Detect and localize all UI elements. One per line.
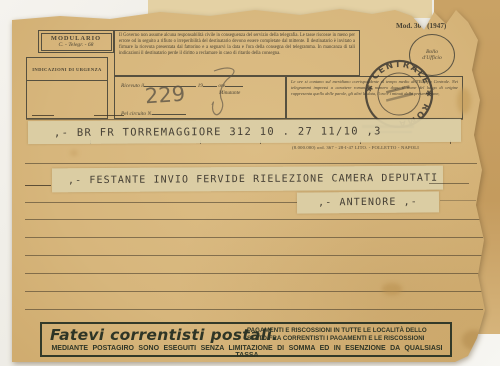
ruled-line	[25, 291, 483, 292]
telegram-form-paper: MODULARIO C. - Telegr. - 68 INDICAZIONI …	[10, 0, 500, 366]
footer-right-block: PAGAMENTI E RISCOSSIONI IN TUTTE LE LOCA…	[247, 327, 449, 343]
urgency-label: INDICAZIONI DI URGENZA	[32, 67, 102, 72]
message-top-rule	[25, 163, 477, 164]
footer-bottom-line: MEDIANTE POSTAGIRO SONO ESEGUITI SENZA L…	[46, 345, 448, 359]
footer-right-line2: STATO FRA CORRENTISTI I PAGAMENTI E LE R…	[247, 335, 449, 343]
telegram-signature-strip: ,- ANTENORE ,-	[297, 191, 439, 213]
received-label: Ricevuto il	[121, 83, 144, 89]
ruled-line	[25, 237, 483, 238]
telegram-message-text: ,- FESTANTE INVIO FERVIDE RIELEZIONE CAM…	[68, 172, 438, 186]
printer-note: (8.000.000) ord. 367 - 28-I-47 LITO. - F…	[292, 145, 419, 150]
modulario-subtitle: C. - Telegr. - 68	[42, 42, 111, 48]
modulario-box: MODULARIO C. - Telegr. - 68	[38, 30, 114, 53]
circuit-label: Pel circuito N.	[121, 111, 152, 117]
telegram-signature-text: ,- ANTENORE ,-	[318, 197, 418, 209]
footer-right-line1: PAGAMENTI E RISCOSSIONI IN TUTTE LE LOCA…	[247, 327, 449, 335]
pencil-scribble	[200, 67, 250, 123]
handwritten-serial: 229	[144, 82, 186, 109]
paper-wrapper: MODULARIO C. - Telegr. - 68 INDICAZIONI …	[0, 0, 500, 366]
model-number: Mod. 30 - (1947)	[396, 22, 446, 30]
ruled-line	[25, 273, 483, 274]
telegram-message-strip: ,- FESTANTE INVIO FERVIDE RIELEZIONE CAM…	[52, 166, 443, 193]
footer-slogan: Fatevi correntisti postali.	[50, 326, 278, 344]
form-dash	[32, 115, 54, 116]
modulario-title: MODULARIO	[42, 35, 111, 42]
form-dash	[94, 115, 124, 116]
telegram-header-text: ,- BR FR TORREMAGGIORE 312 10 . 27 11/10…	[54, 125, 382, 139]
paper-stain	[70, 150, 78, 156]
ruled-line	[25, 219, 483, 220]
telegram-scan: MODULARIO C. - Telegr. - 68 INDICAZIONI …	[0, 0, 500, 366]
telegram-header-strip: ,- BR FR TORREMAGGIORE 312 10 . 27 11/10…	[28, 119, 461, 144]
paper-stain	[462, 330, 486, 350]
circuit-row: Pel circuito N.	[121, 109, 186, 117]
footer-promo-box: Fatevi correntisti postali. PAGAMENTI E …	[40, 322, 452, 357]
received-box: Ricevuto il 19 ore Minutante Pel circuit…	[114, 76, 286, 119]
rule-segment	[429, 183, 469, 184]
ruled-line	[25, 255, 483, 256]
paper-stain	[382, 283, 402, 295]
paper-stain	[457, 88, 471, 114]
notice-text: Il Governo non assume alcuna responsabil…	[119, 33, 355, 57]
rule-segment	[440, 200, 476, 201]
ruled-line	[25, 309, 483, 310]
urgency-box: INDICAZIONI DI URGENZA	[26, 57, 108, 119]
rule-segment	[25, 185, 51, 186]
rule-segment	[25, 202, 297, 203]
